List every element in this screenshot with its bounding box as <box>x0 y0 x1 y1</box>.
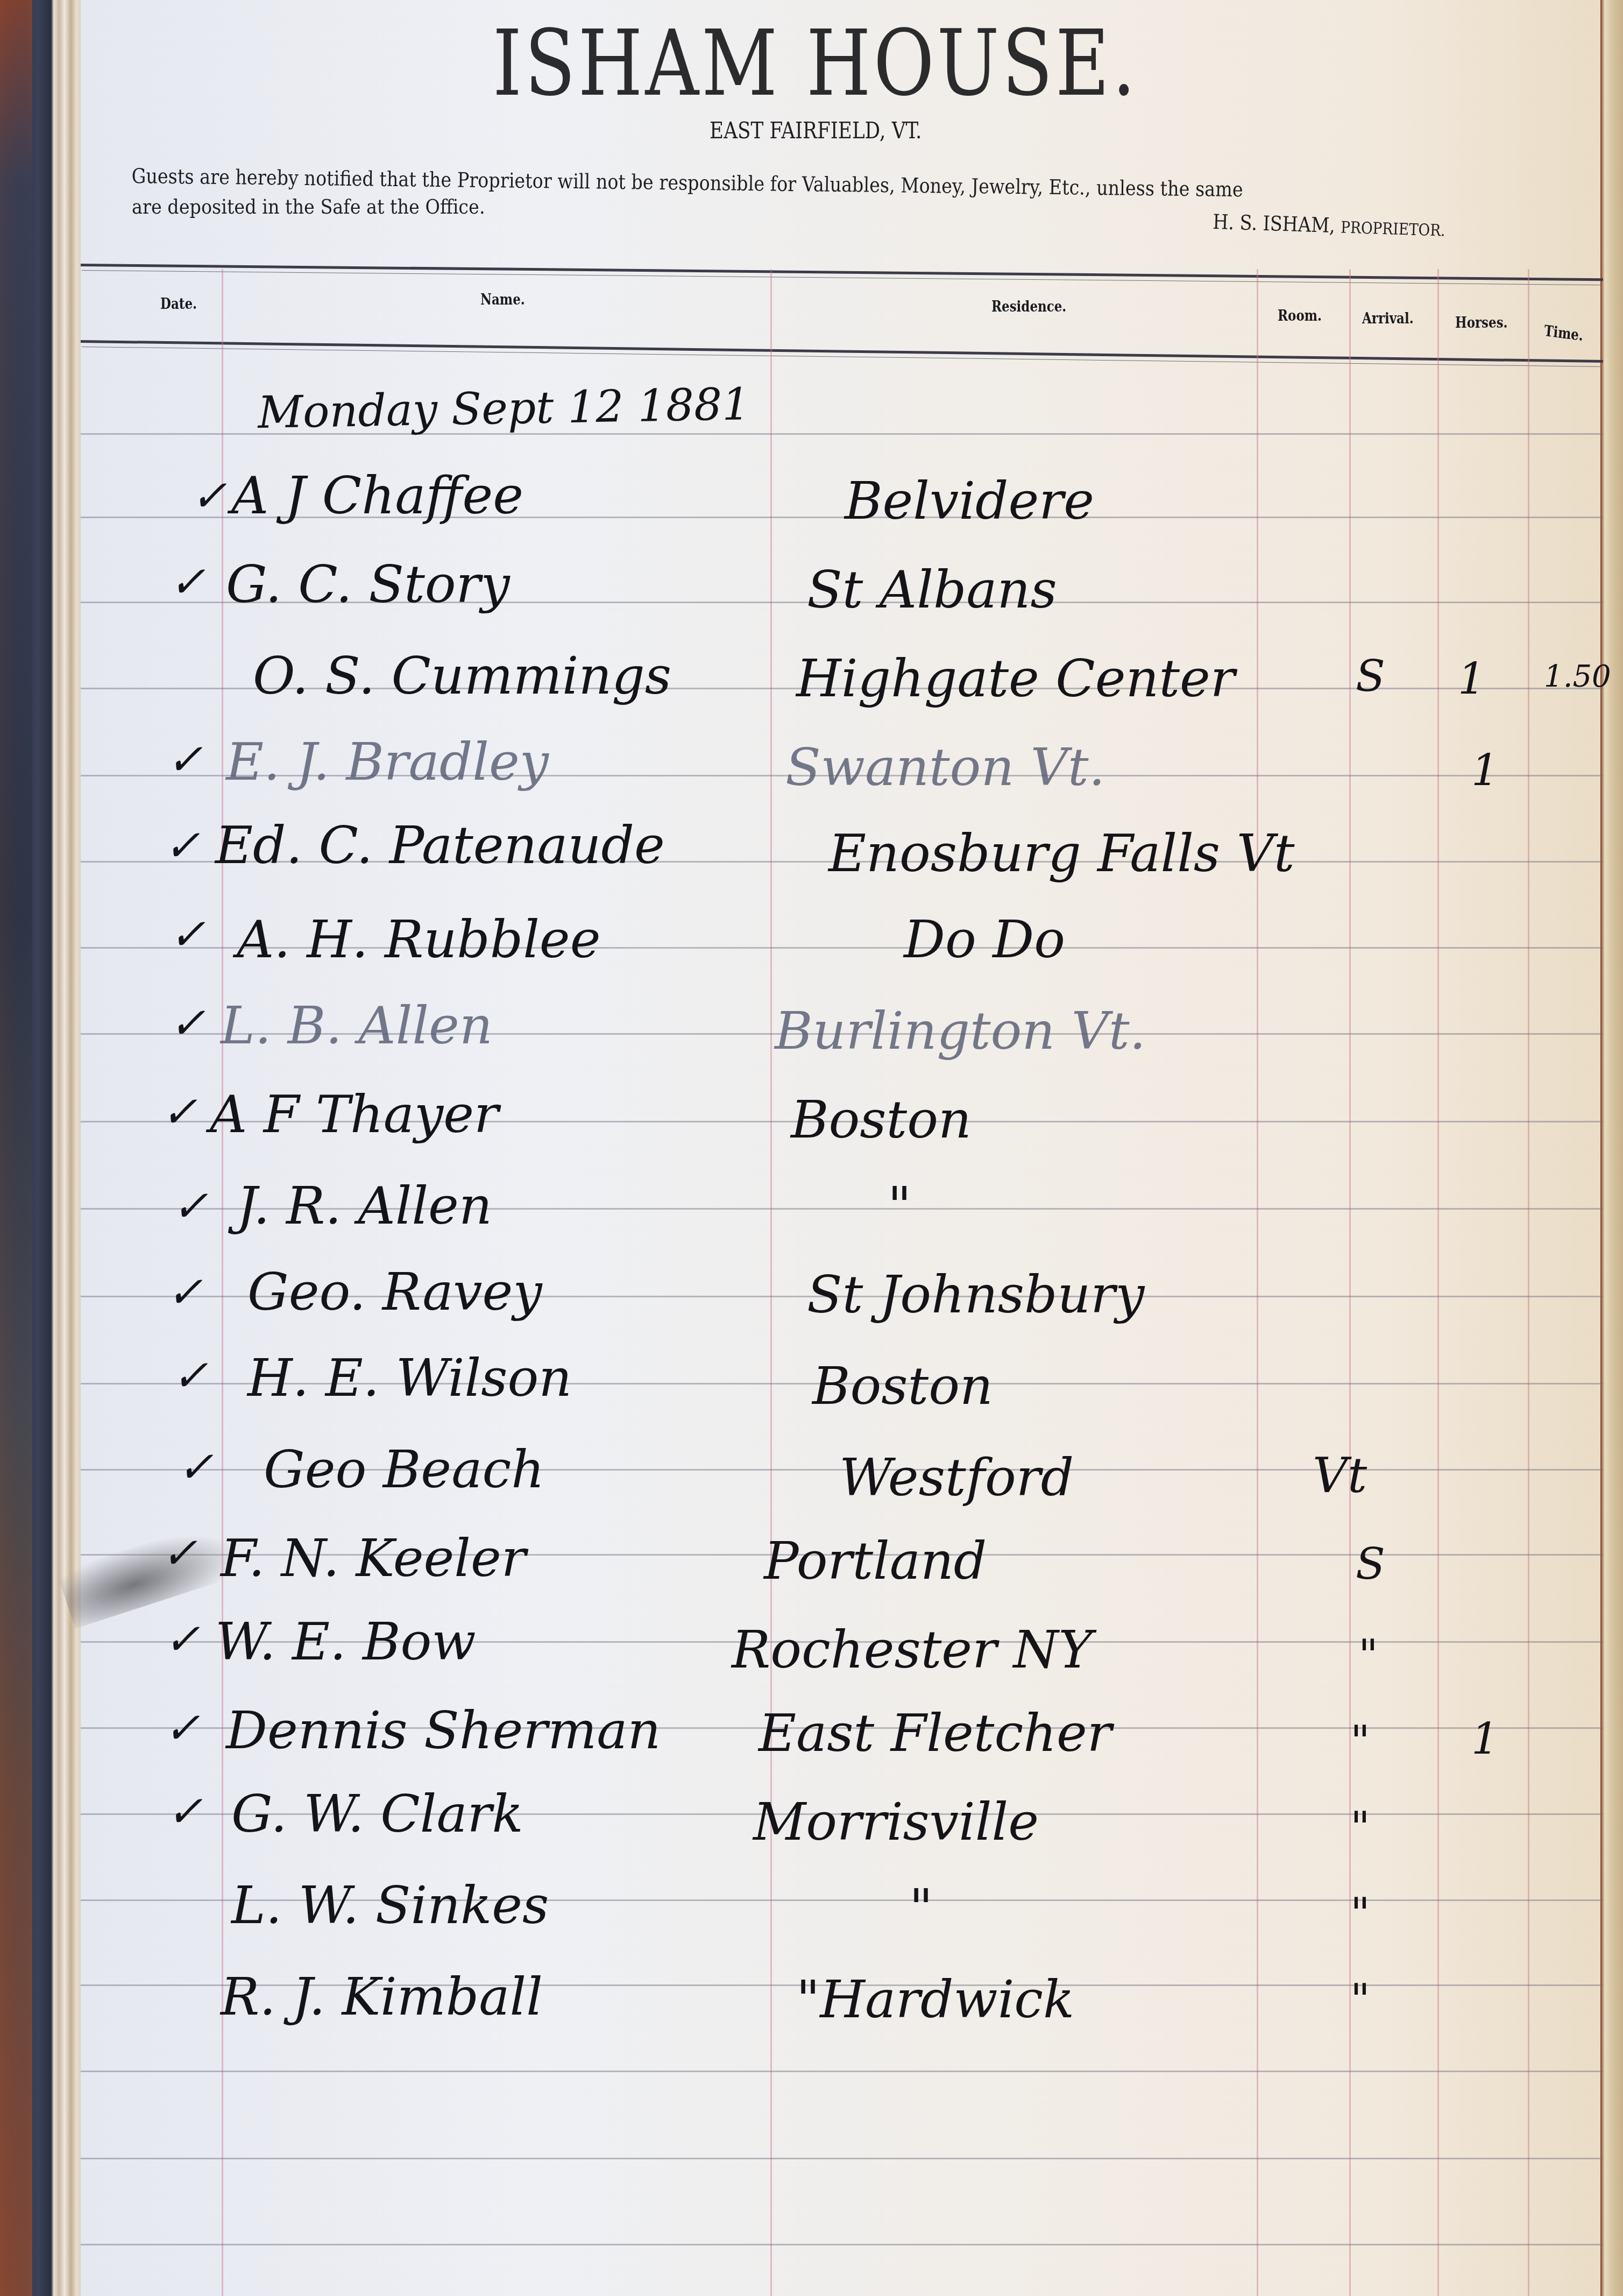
column-divider-horses <box>1528 269 1529 2296</box>
check-mark-icon: ✓ <box>167 1786 203 1836</box>
guest-name: W. E. Bow <box>215 1612 476 1672</box>
hotel-title: ISHAM HOUSE. <box>150 11 1481 116</box>
ruled-line <box>81 2158 1603 2159</box>
check-mark-icon: ✓ <box>164 1703 200 1753</box>
horses-count: 1 <box>1458 654 1485 704</box>
guest-residence: St Albans <box>807 560 1057 620</box>
arrival-mark: " <box>1350 1975 1370 2025</box>
arrival-mark: " <box>1350 1889 1370 1939</box>
proprietor-title: PROPRIETOR. <box>1341 218 1445 240</box>
horses-count: 1 <box>1471 1714 1499 1764</box>
check-mark-icon: ✓ <box>161 1528 197 1578</box>
guest-name: J. R. Allen <box>237 1176 492 1236</box>
guest-name: A F Thayer <box>210 1084 499 1145</box>
column-header-name: Name. <box>480 291 525 308</box>
column-header-residence: Residence. <box>991 298 1066 315</box>
guest-residence: Morrisville <box>753 1792 1039 1852</box>
check-mark-icon: ✓ <box>178 1442 214 1492</box>
page-edge <box>1600 0 1623 2296</box>
column-divider-name <box>770 269 772 2296</box>
guest-name: G. W. Clark <box>231 1784 523 1844</box>
guest-residence: Rochester NY <box>732 1620 1093 1680</box>
guest-residence: Belvidere <box>845 471 1094 531</box>
proprietor-name: H. S. ISHAM, <box>1213 210 1342 237</box>
guest-residence: " <box>888 1176 911 1236</box>
guest-residence: Westford <box>839 1447 1074 1508</box>
guest-name: O. S. Cummings <box>253 646 671 706</box>
guest-name: A J Chaffee <box>231 465 523 526</box>
guest-name: L. B. Allen <box>221 995 493 1056</box>
time-value: 1.50 <box>1544 659 1611 694</box>
check-mark-icon: ✓ <box>172 1181 208 1231</box>
guest-residence: Highgate Center <box>796 648 1235 709</box>
guest-name: F. N. Keeler <box>221 1528 526 1588</box>
guest-residence: "Hardwick <box>796 1969 1074 2030</box>
guest-name: A. H. Rubblee <box>237 909 600 970</box>
guest-name: Geo Beach <box>264 1439 544 1500</box>
check-mark-icon: ✓ <box>191 471 227 521</box>
column-header-date: Date. <box>160 295 197 313</box>
arrival-mark: " <box>1350 1803 1370 1853</box>
guest-name: Dennis Sherman <box>226 1700 661 1761</box>
check-mark-icon: ✓ <box>172 1351 208 1401</box>
guest-residence: Boston <box>791 1090 972 1150</box>
arrival-mark: Vt <box>1313 1447 1367 1504</box>
horses-count: 1 <box>1471 745 1499 795</box>
column-divider-arrival <box>1437 269 1439 2296</box>
guest-residence: East Fletcher <box>759 1703 1112 1763</box>
guest-name: L. W. Sinkes <box>231 1875 549 1935</box>
column-header-room: Room. <box>1278 307 1322 324</box>
hotel-location: EAST FAIRFIELD, VT. <box>126 117 1505 144</box>
check-mark-icon: ✓ <box>169 557 205 607</box>
check-mark-icon: ✓ <box>167 1267 203 1317</box>
guest-residence: Enosburg Falls Vt <box>828 823 1295 884</box>
guest-name: R. J. Kimball <box>221 1967 543 2027</box>
guest-name: H. E. Wilson <box>247 1348 572 1408</box>
guest-residence: Swanton Vt. <box>785 737 1105 797</box>
arrival-mark: S <box>1356 651 1385 701</box>
guest-residence: Do Do <box>904 909 1065 970</box>
arrival-mark: " <box>1358 1630 1378 1680</box>
guest-name: Geo. Ravey <box>247 1262 542 1322</box>
column-divider-residence <box>1257 269 1258 2296</box>
check-mark-icon: ✓ <box>164 821 200 871</box>
guest-residence: Boston <box>812 1356 993 1416</box>
check-mark-icon: ✓ <box>161 1087 197 1137</box>
arrival-mark: S <box>1356 1539 1385 1589</box>
check-mark-icon: ✓ <box>169 909 205 959</box>
book-binding <box>0 0 83 2296</box>
guest-residence: Burlington Vt. <box>775 1001 1146 1061</box>
guest-residence: Portland <box>764 1531 987 1591</box>
guest-name: Ed. C. Patenaude <box>215 815 665 875</box>
ruled-line <box>81 2071 1603 2072</box>
check-mark-icon: ✓ <box>169 998 205 1048</box>
register-date-heading: Monday Sept 12 1881 <box>257 379 750 439</box>
column-header-horses: Horses. <box>1455 314 1508 331</box>
arrival-mark: " <box>1350 1716 1370 1767</box>
guest-residence: St Johnsbury <box>807 1264 1144 1325</box>
ruled-line <box>81 2244 1603 2245</box>
check-mark-icon: ✓ <box>164 1614 200 1664</box>
notice-text-line2: are deposited in the Safe at the Office. <box>132 195 485 218</box>
column-header-arrival: Arrival. <box>1362 309 1414 327</box>
guest-name: E. J. Bradley <box>226 732 549 792</box>
guest-residence: " <box>909 1878 933 1938</box>
check-mark-icon: ✓ <box>167 734 203 785</box>
guest-name: G. C. Story <box>226 554 510 614</box>
